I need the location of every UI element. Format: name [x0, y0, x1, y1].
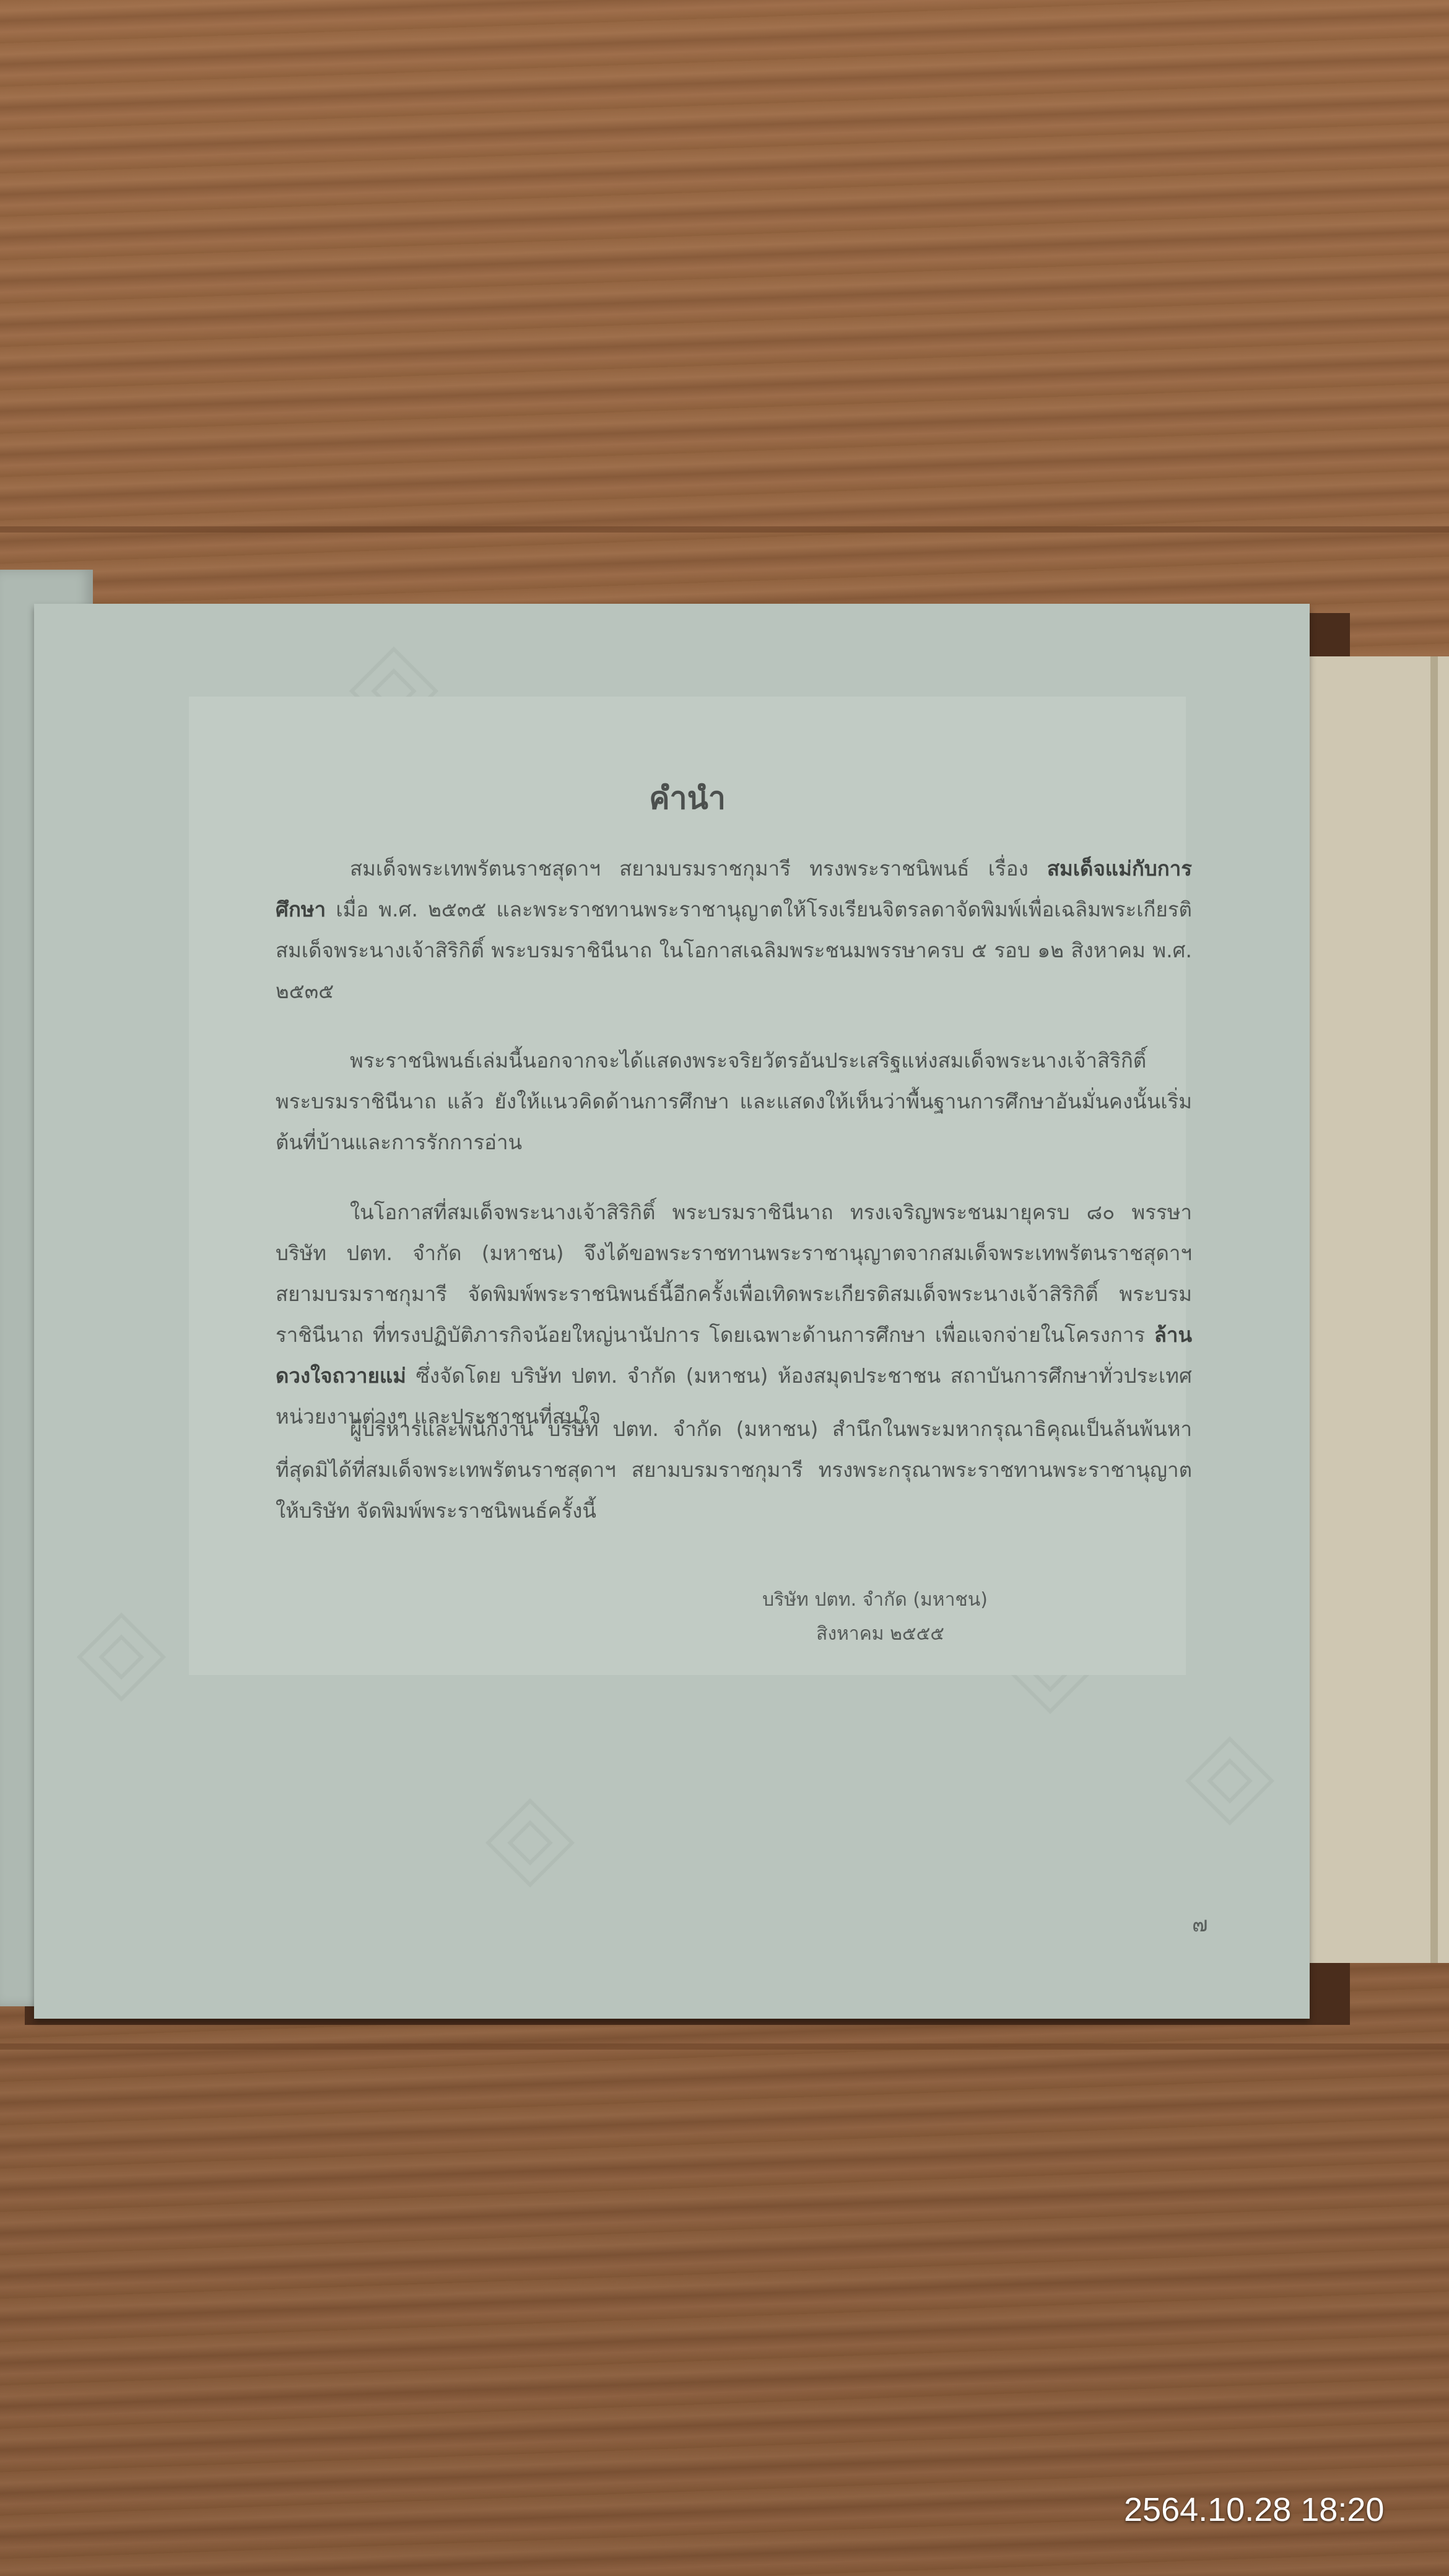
paragraph-1: สมเด็จพระเทพรัตนราชสุดาฯ สยามบรมราชกุมาร…: [276, 848, 1192, 1012]
table-plank-seam: [0, 526, 1449, 533]
cover-fold: [1430, 656, 1438, 1963]
paragraph-4: ผู้บริหารและพนักงาน บริษัท ปตท. จำกัด (ม…: [276, 1409, 1192, 1531]
text-block: คำนำ สมเด็จพระเทพรัตนราชสุดาฯ สยามบรมราช…: [189, 697, 1186, 1675]
book-page: คำนำ สมเด็จพระเทพรัตนราชสุดาฯ สยามบรมราช…: [34, 604, 1310, 2019]
paragraph-3: ในโอกาสที่สมเด็จพระนางเจ้าสิริกิติ์ พระบ…: [276, 1192, 1192, 1437]
decorative-motif-icon: [1180, 1731, 1273, 1824]
paragraph-text: ในโอกาสที่สมเด็จพระนางเจ้าสิริกิติ์ พระบ…: [276, 1200, 1192, 1347]
paragraph-text: เมื่อ พ.ศ. ๒๕๓๕ และพระราชทานพระราชานุญาต…: [276, 897, 1192, 1003]
paragraph-text: พระราชนิพนธ์เล่มนี้นอกจากจะได้แสดงพระจริ…: [276, 1048, 1192, 1154]
signature-date: สิงหาคม ๒๕๕๕: [816, 1619, 944, 1648]
photo-timestamp: 2564.10.28 18:20: [1124, 2491, 1384, 2529]
table-plank-seam: [0, 2043, 1449, 2050]
page-number: ๗: [1192, 1907, 1208, 1941]
paragraph-text: ผู้บริหารและพนักงาน บริษัท ปตท. จำกัด (ม…: [276, 1417, 1192, 1523]
decorative-motif-icon: [71, 1607, 164, 1700]
signature-organization: บริษัท ปตท. จำกัด (มหาชน): [762, 1585, 988, 1614]
paragraph-2: พระราชนิพนธ์เล่มนี้นอกจากจะได้แสดงพระจริ…: [276, 1040, 1192, 1163]
paragraph-text: สมเด็จพระเทพรัตนราชสุดาฯ สยามบรมราชกุมาร…: [350, 856, 1047, 881]
decorative-motif-icon: [480, 1793, 573, 1886]
page-title: คำนำ: [189, 774, 1186, 823]
